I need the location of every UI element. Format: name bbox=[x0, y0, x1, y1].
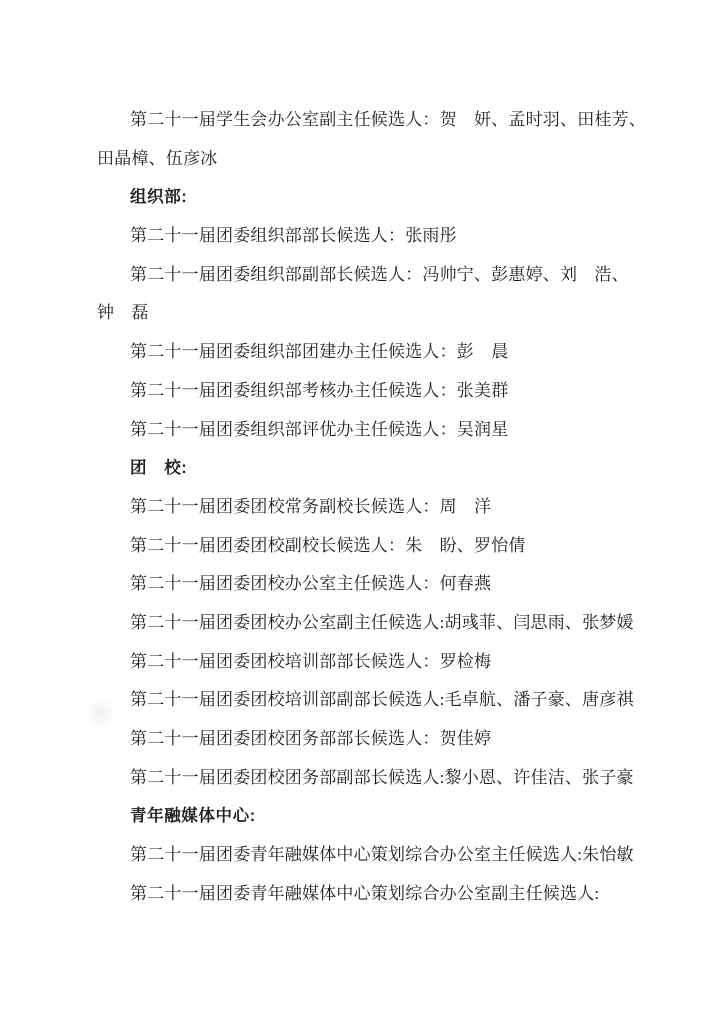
paragraph-line: 第二十一届团委团校培训部副部长候选人:毛卓航、潘子豪、唐彦祺 bbox=[97, 681, 650, 720]
paragraph-line: 第二十一届团委组织部副部长候选人：冯帅宁、彭惠婷、刘 浩、 bbox=[97, 256, 650, 295]
section-heading: 组织部: bbox=[97, 178, 650, 217]
paragraph-line: 第二十一届团委组织部考核办主任候选人：张美群 bbox=[97, 372, 650, 411]
paragraph-line: 第二十一届团委青年融媒体中心策划综合办公室副主任候选人: bbox=[97, 875, 650, 914]
paragraph-line: 第二十一届团委组织部部长候选人：张雨彤 bbox=[97, 217, 650, 256]
paragraph-line: 第二十一届团委组织部评优办主任候选人：吴润星 bbox=[97, 411, 650, 450]
paragraph-line: 第二十一届团委团校培训部部长候选人：罗检梅 bbox=[97, 643, 650, 682]
paragraph-line: 第二十一届团委团校常务副校长候选人：周 洋 bbox=[97, 488, 650, 527]
document-page: 第二十一届学生会办公室副主任候选人：贺 妍、孟时羽、田桂芳、田晶樟、伍彦冰组织部… bbox=[0, 0, 720, 1018]
paragraph-line: 第二十一届团委团校团务部部长候选人：贺佳婷 bbox=[97, 720, 650, 759]
paragraph-continuation-line: 田晶樟、伍彦冰 bbox=[97, 140, 650, 179]
section-heading: 团 校: bbox=[97, 449, 650, 488]
paragraph-line: 第二十一届团委团校副校长候选人：朱 盼、罗怡倩 bbox=[97, 527, 650, 566]
section-heading: 青年融媒体中心: bbox=[97, 797, 650, 836]
paragraph-line: 第二十一届团委团校团务部副部长候选人:黎小恩、许佳洁、张子豪 bbox=[97, 759, 650, 798]
paragraph-line: 第二十一届团委组织部团建办主任候选人：彭 晨 bbox=[97, 333, 650, 372]
document-body: 第二十一届学生会办公室副主任候选人：贺 妍、孟时羽、田桂芳、田晶樟、伍彦冰组织部… bbox=[97, 101, 650, 913]
paragraph-line: 第二十一届团委青年融媒体中心策划综合办公室主任候选人:朱怡敏 bbox=[97, 836, 650, 875]
paragraph-continuation-line: 钟 磊 bbox=[97, 294, 650, 333]
paragraph-line: 第二十一届学生会办公室副主任候选人：贺 妍、孟时羽、田桂芳、 bbox=[97, 101, 650, 140]
paragraph-line: 第二十一届团委团校办公室主任候选人：何春燕 bbox=[97, 565, 650, 604]
paragraph-line: 第二十一届团委团校办公室副主任候选人:胡彧菲、闫思雨、张梦媛 bbox=[97, 604, 650, 643]
